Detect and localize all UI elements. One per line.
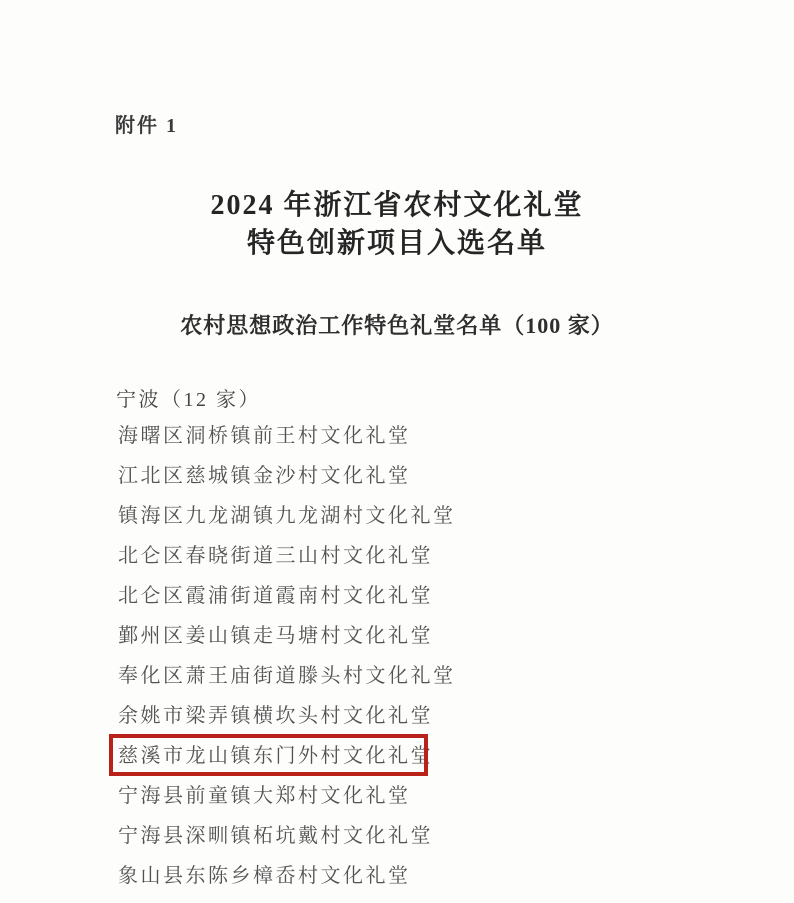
entry-name: 北仑区春晓街道三山村文化礼堂 (118, 545, 433, 567)
document-page: 附件 1 2024 年浙江省农村文化礼堂 特色创新项目入选名单 农村思想政治工作… (0, 0, 794, 903)
entry-list: 海曙区洞桥镇前王村文化礼堂江北区慈城镇金沙村文化礼堂镇海区九龙湖镇九龙湖村文化礼… (118, 416, 754, 896)
document-subtitle: 农村思想政治工作特色礼堂名单（100 家） (0, 309, 794, 340)
list-item: 宁海县前童镇大郑村文化礼堂 (118, 776, 754, 816)
entry-name: 宁海县深甽镇柘坑戴村文化礼堂 (118, 825, 433, 847)
entry-name: 镇海区九龙湖镇九龙湖村文化礼堂 (118, 505, 456, 527)
entry-name: 海曙区洞桥镇前王村文化礼堂 (118, 425, 411, 447)
list-item: 镇海区九龙湖镇九龙湖村文化礼堂 (118, 496, 754, 536)
entry-name: 余姚市梁弄镇横坎头村文化礼堂 (118, 705, 433, 727)
entry-name: 江北区慈城镇金沙村文化礼堂 (118, 465, 411, 487)
list-item: 江北区慈城镇金沙村文化礼堂 (118, 456, 754, 496)
attachment-label: 附件 1 (115, 109, 178, 138)
entry-name: 象山县东陈乡樟岙村文化礼堂 (118, 865, 411, 887)
list-item: 象山县东陈乡樟岙村文化礼堂 (118, 856, 754, 896)
list-item: 北仑区春晓街道三山村文化礼堂 (118, 536, 754, 576)
entry-name: 慈溪市龙山镇东门外村文化礼堂 (118, 745, 433, 767)
entry-name: 北仑区霞浦街道霞南村文化礼堂 (118, 585, 433, 607)
entry-name: 鄞州区姜山镇走马塘村文化礼堂 (118, 625, 433, 647)
section-header-ningbo: 宁波（12 家） (116, 383, 261, 412)
document-title: 2024 年浙江省农村文化礼堂 特色创新项目入选名单 (0, 187, 794, 263)
entry-name: 奉化区萧王庙街道滕头村文化礼堂 (118, 665, 456, 687)
list-item: 北仑区霞浦街道霞南村文化礼堂 (118, 576, 754, 616)
document-title-line-1: 2024 年浙江省农村文化礼堂 (0, 187, 794, 225)
list-item: 宁海县深甽镇柘坑戴村文化礼堂 (118, 816, 754, 856)
list-item-highlighted: 慈溪市龙山镇东门外村文化礼堂 (118, 736, 754, 776)
entry-name: 宁海县前童镇大郑村文化礼堂 (118, 785, 411, 807)
list-item: 余姚市梁弄镇横坎头村文化礼堂 (118, 696, 754, 736)
document-title-line-2: 特色创新项目入选名单 (0, 225, 794, 263)
list-item: 海曙区洞桥镇前王村文化礼堂 (118, 416, 754, 456)
list-item: 奉化区萧王庙街道滕头村文化礼堂 (118, 656, 754, 696)
list-item: 鄞州区姜山镇走马塘村文化礼堂 (118, 616, 754, 656)
